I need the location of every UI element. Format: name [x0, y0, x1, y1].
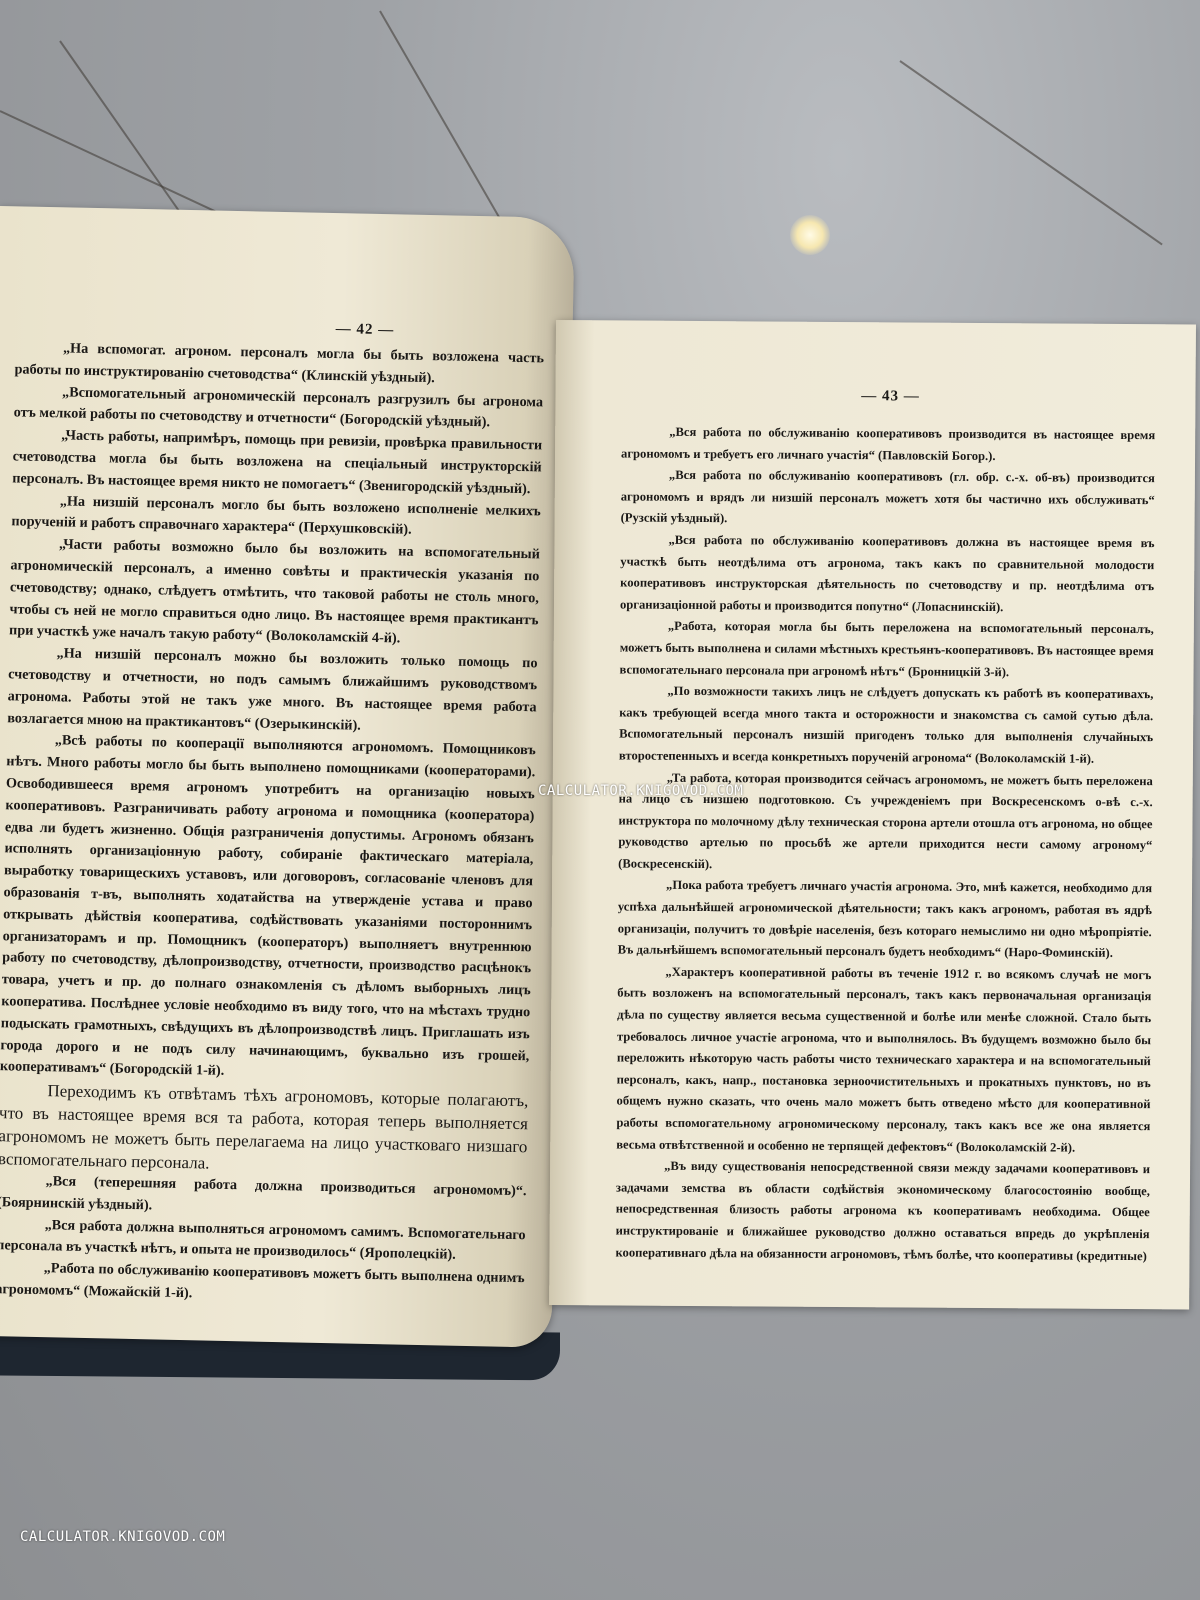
paragraph: „Вся работа по обслуживанію кооперативов… [621, 421, 1155, 468]
paragraph: „Въ виду существованія непосредственной … [615, 1156, 1150, 1268]
paragraph: „По возможности такихъ лицъ не слѣдуетъ … [619, 681, 1154, 771]
paragraph: „Работа, которая могла бы быть переложен… [619, 616, 1153, 685]
paragraph: „Характеръ кооперативной работы въ течен… [616, 961, 1151, 1159]
paragraph: „Части работы возможно было бы возложить… [9, 533, 540, 653]
left-page-text: „На вспомогат. агроном. персоналъ могла … [0, 331, 572, 1313]
watermark-center: CALCULATOR.KNIGOVOD.COM [538, 783, 743, 799]
light-reflection [790, 215, 830, 255]
paragraph: „Пока работа требуетъ личнаго участія аг… [618, 875, 1153, 965]
paragraph: „Часть работы, напримѣръ, помощь при рев… [12, 425, 542, 501]
left-page: — 42 — „На вспомогат. агроном. персоналъ… [0, 206, 575, 1348]
paragraph: „На низшій персоналъ можно бы возложить … [7, 642, 538, 740]
marble-vein [899, 60, 1162, 245]
right-page: — 43 — „Вся работа по обслуживанію коопе… [549, 320, 1196, 1309]
right-page-text: „Вся работа по обслуживанію кооперативов… [549, 403, 1195, 1268]
paragraph-transition: Переходимъ къ отвѣтамъ тѣхъ агрономовъ, … [0, 1078, 529, 1181]
paragraph: „Вся работа по обслуживанію кооперативов… [620, 529, 1155, 619]
paragraph: „Вся работа по обслуживанію кооперативов… [621, 465, 1155, 534]
watermark-corner: CALCULATOR.KNIGOVOD.COM [20, 1529, 225, 1545]
paragraph: „Всѣ работы по кооперації выполняются аг… [0, 730, 536, 1090]
